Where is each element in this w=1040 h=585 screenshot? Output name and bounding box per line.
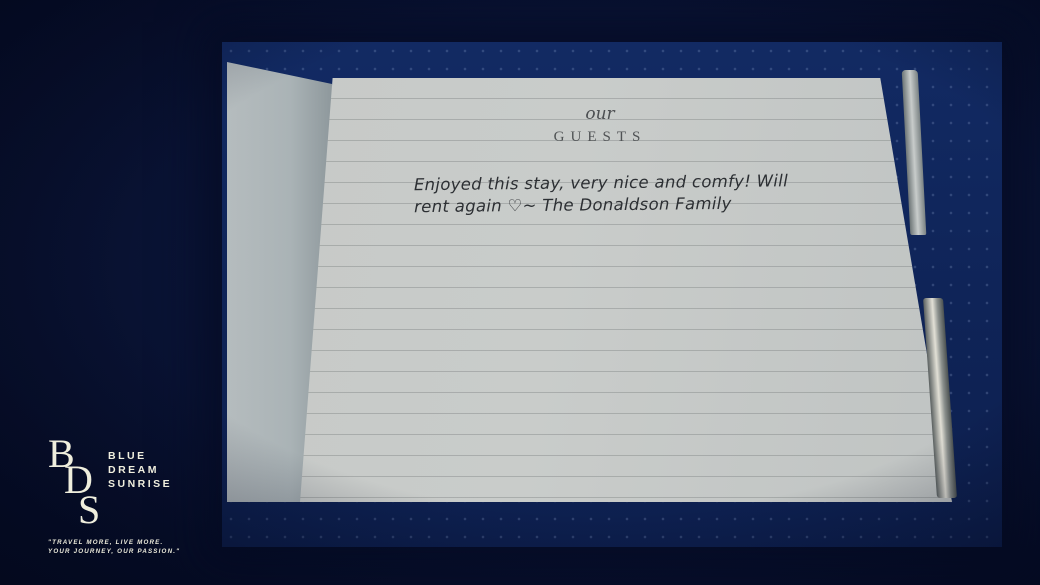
entry-line: rent again ♡~ The Donaldson Family <box>414 192 834 218</box>
brand-logo: B D S BLUE DREAM SUNRISE "TRAVEL MORE, L… <box>44 432 204 557</box>
guestbook-heading-script: our <box>570 104 630 124</box>
brand-tagline: "TRAVEL MORE, LIVE MORE. YOUR JOURNEY, O… <box>48 539 208 556</box>
guestbook-heading-title: GUESTS <box>520 129 680 146</box>
monogram-icon: B D S <box>44 432 114 532</box>
handwritten-entry: Enjoyed this stay, very nice and comfy! … <box>414 170 834 218</box>
brand-name: BLUE DREAM SUNRISE <box>108 449 172 491</box>
entry-line: Enjoyed this stay, very nice and comfy! … <box>414 170 834 196</box>
